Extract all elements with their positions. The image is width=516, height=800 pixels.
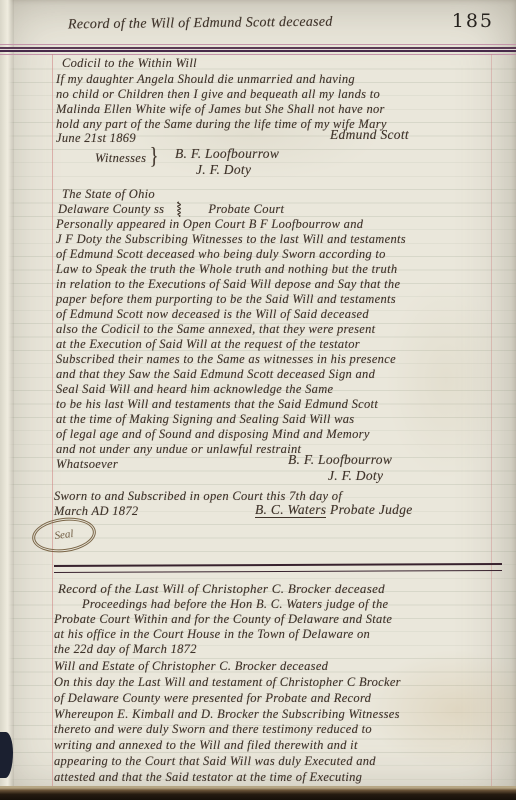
handwritten-line: of Edmund Scott now deceased is the Will… [56,307,406,322]
page-edge [0,0,14,800]
witness-signature-2: J. F. Doty [196,162,251,178]
court-label: Probate Court [208,202,284,217]
ledger-page: 185 Record of the Will of Edmund Scott d… [0,0,516,800]
header-ruling [0,44,516,55]
probate-body: Personally appeared in Open Court B F Lo… [56,217,406,472]
witness-label: Witnesses } [95,146,159,167]
handwritten-line: Law to Speak the truth the Whole truth a… [56,262,406,277]
book-edge [0,786,516,800]
handwritten-line: no child or Children then I give and beq… [56,87,387,102]
handwritten-line: at the time of Making Signing and Sealin… [56,412,406,427]
page-number: 185 [452,10,494,32]
handwritten-line: of Delaware County were presented for Pr… [54,691,401,707]
seal-label: Seal [54,528,74,542]
handwritten-line: to be his last Will and testaments that … [56,397,406,412]
codicil-date: June 21st 1869 [56,131,136,146]
handwritten-line: Whereupon E. Kimball and D. Brocker the … [54,707,401,723]
codicil-heading: Codicil to the Within Will [62,56,197,71]
witness-label-text: Witnesses [95,151,146,165]
judge-signature-title: Probate Judge [330,502,413,517]
handwritten-line: attested and that the Said testator at t… [54,770,401,786]
brocker-heading: Record of the Last Will of Christopher C… [58,581,385,597]
handwritten-line: at the Execution of Said Will at the req… [56,337,406,352]
handwritten-line: the 22d day of March 1872 [54,642,392,657]
county-line: Delaware County ss [58,202,164,217]
handwritten-line: On this day the Last Will and testament … [54,675,401,691]
handwritten-line: at his office in the Court House in the … [54,627,392,642]
judge-signature: B. C. Waters Probate Judge [255,502,413,518]
county-row: Delaware County ss Probate Court [58,201,284,217]
handwritten-line: in relation to the Executions of Said Wi… [56,277,406,292]
handwritten-line: and that they Saw the Said Edmund Scott … [56,367,406,382]
handwritten-line: Proceedings had before the Hon B. C. Wat… [82,597,392,612]
handwritten-line: of legal age and of Sound and disposing … [56,427,406,442]
witness-court-signature-2: J. F. Doty [328,468,383,484]
record-title: Record of the Will of Edmund Scott decea… [68,15,333,34]
handwritten-line: thereto and were duly Sworn and there te… [54,722,401,738]
testator-signature: Edmund Scott [330,127,409,143]
handwritten-line: appearing to the Court that Said Will wa… [54,754,401,770]
brocker-subheading: Will and Estate of Christopher C. Brocke… [54,659,328,674]
handwritten-line: J F Doty the Subscribing Witnesses to th… [56,232,406,247]
handwritten-line: of Edmund Scott deceased who being duly … [56,247,406,262]
state-line: The State of Ohio [62,187,155,202]
brocker-body: On this day the Last Will and testament … [54,675,401,786]
handwritten-line: Probate Court Within and for the County … [54,612,392,627]
handwritten-line: Personally appeared in Open Court B F Lo… [56,217,406,232]
codicil-body: If my daughter Angela Should die unmarri… [56,72,387,132]
handwritten-line: Subscribed their names to the Same as wi… [56,352,406,367]
seal-flourish: Seal [30,514,98,556]
scroll-flourish-icon [172,201,186,217]
handwritten-line: Malinda Ellen White wife of James but Sh… [56,102,387,117]
judge-signature-name: B. C. Waters [255,502,326,518]
handwritten-line: also the Codicil to the Same annexed, th… [56,322,406,337]
handwritten-line: writing and annexed to the Will and file… [54,738,401,754]
section-divider [54,563,502,573]
handwritten-line: paper before them purporting to be the S… [56,292,406,307]
handwritten-line: Seal Said Will and heard him acknowledge… [56,382,406,397]
margin-line-left [52,54,53,788]
witness-signature-1: B. F. Loofbourrow [175,146,279,162]
witness-brace: } [150,143,159,170]
handwritten-line: If my daughter Angela Should die unmarri… [56,72,387,87]
margin-line-right [491,54,492,788]
witness-court-signature-1: B. F. Loofbourrow [288,452,392,468]
brocker-intro: Proceedings had before the Hon B. C. Wat… [54,597,392,657]
